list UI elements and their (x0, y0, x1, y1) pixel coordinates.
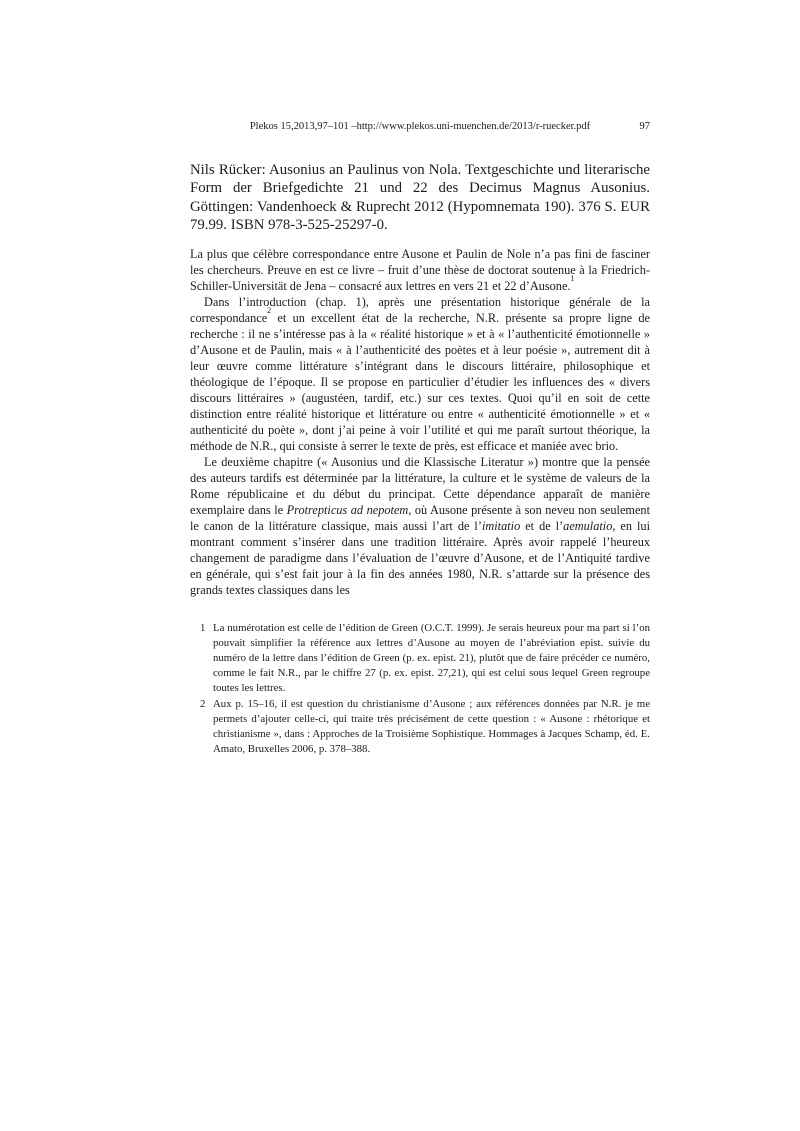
body-paragraphs: La plus que célèbre correspondance entre… (190, 246, 650, 598)
document-page: Plekos 15,2013,97–101 –http://www.plekos… (0, 0, 800, 1131)
footnote: 1La numérotation est celle de l’édition … (200, 621, 650, 696)
text-segment: La plus que célèbre correspondance entre… (190, 247, 650, 293)
journal-citation: Plekos 15,2013,97–101 –http://www.plekos… (250, 121, 590, 132)
footnote-marker: 2 (267, 306, 271, 315)
text-segment: Protrepticus ad nepotem (287, 503, 409, 517)
text-segment: et un excellent état de la recherche, N.… (190, 311, 650, 453)
text-segment: La numérotation est celle de l’édition d… (213, 622, 650, 694)
review-title: Nils Rücker: Ausonius an Paulinus von No… (190, 161, 650, 235)
footnotes: 1La numérotation est celle de l’édition … (190, 621, 650, 757)
page-number: 97 (640, 121, 651, 133)
paragraph: Dans l’introduction (chap. 1), après une… (190, 294, 650, 454)
footnote: 2Aux p. 15–16, il est question du christ… (200, 697, 650, 757)
text-segment: aemulatio (563, 519, 612, 533)
paragraph: Le deuxième chapitre (« Ausonius und die… (190, 454, 650, 598)
text-segment: imitatio (482, 519, 520, 533)
footnote-marker: 1 (571, 274, 575, 283)
footnote-text: Aux p. 15–16, il est question du christi… (213, 697, 650, 757)
footnote-number: 2 (200, 697, 213, 757)
paragraph: La plus que célèbre correspondance entre… (190, 246, 650, 294)
text-segment: et de l’ (520, 519, 563, 533)
footnote-text: La numérotation est celle de l’édition d… (213, 621, 650, 696)
running-header: Plekos 15,2013,97–101 –http://www.plekos… (190, 121, 650, 133)
text-segment: Aux p. 15–16, il est question du christi… (213, 698, 650, 755)
footnote-number: 1 (200, 621, 213, 696)
page-content: Plekos 15,2013,97–101 –http://www.plekos… (190, 121, 650, 757)
